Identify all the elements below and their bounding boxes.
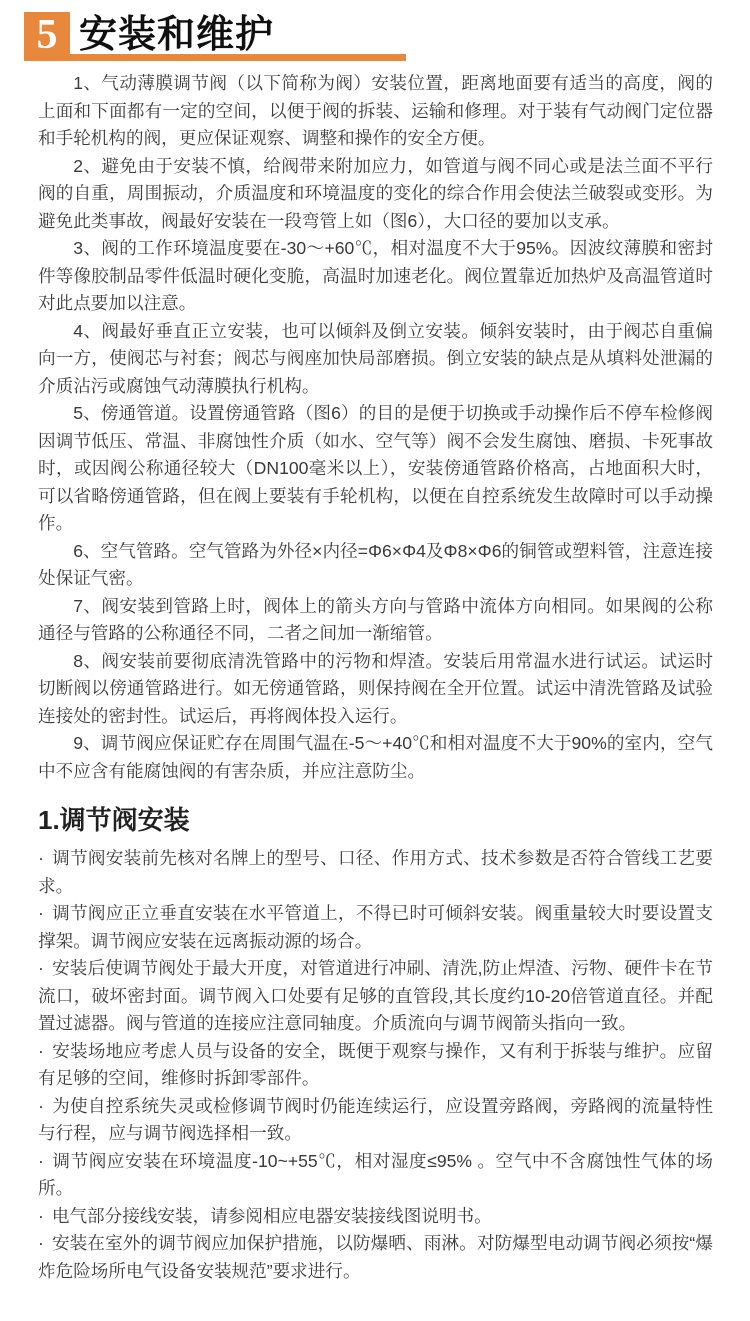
bullet-item: ·安装在室外的调节阀应加保护措施，以防爆晒、雨淋。对防爆型电动调节阀必须按“爆炸… <box>38 1230 713 1285</box>
bullet-item: ·调节阀应正立垂直安装在水平管道上，不得已时可倾斜安装。阀重量较大时要设置支撑架… <box>38 900 713 955</box>
bullet-marker: · <box>38 1148 44 1176</box>
bullet-item-text: 安装后使调节阀处于最大开度，对管道进行冲刷、清洗,防止焊渣、污物、硬件卡在节流口… <box>38 958 713 1033</box>
numbered-paragraph: 7、阀安装到管路上时，阀体上的箭头方向与管路中流体方向相同。如果阀的公称通径与管… <box>38 593 713 648</box>
numbered-paragraph: 2、避免由于安装不慎，给阀带来附加应力，如管道与阀不同心或是法兰面不平行阀的自重… <box>38 153 713 236</box>
bullet-marker: · <box>38 1093 44 1121</box>
bullet-item: ·安装场地应考虑人员与设备的安全，既便于观察与操作，又有利于拆装与维护。应留有足… <box>38 1038 713 1093</box>
chapter-title: 安装和维护 <box>79 12 274 58</box>
chapter-header: 5 安装和维护 <box>0 0 750 61</box>
bullet-item-text: 调节阀应安装在环境温度-10~+55℃，相对湿度≤95% 。空气中不含腐蚀性气体… <box>38 1151 713 1199</box>
bullet-item-text: 电气部分接线安装，请参阅相应电器安装接线图说明书。 <box>52 1206 492 1226</box>
bullet-item-text: 安装场地应考虑人员与设备的安全，既便于观察与操作，又有利于拆装与维护。应留有足够… <box>38 1041 713 1089</box>
bullet-marker: · <box>38 1230 44 1258</box>
bullet-item-text: 调节阀安装前先核对名牌上的型号、口径、作用方式、技术参数是否符合管线工艺要求。 <box>38 848 713 896</box>
chapter-number-badge: 5 <box>24 12 70 60</box>
numbered-paragraph: 9、调节阀应保证贮存在周围气温在-5～+40℃和相对温度不大于90%的室内，空气… <box>38 730 713 785</box>
chapter-header-row: 5 安装和维护 <box>24 12 750 60</box>
document-page: 5 安装和维护 1、气动薄膜调节阀（以下简称为阀）安装位置，距离地面要有适当的高… <box>0 0 750 1321</box>
bullet-marker: · <box>38 900 44 928</box>
subsection-title: 1.调节阀安装 <box>38 805 713 835</box>
bullet-item: ·调节阀安装前先核对名牌上的型号、口径、作用方式、技术参数是否符合管线工艺要求。 <box>38 845 713 900</box>
bullet-item-text: 为使自控系统失灵或检修调节阀时仍能连续运行，应设置旁路阀，旁路阀的流量特性与行程… <box>38 1096 713 1144</box>
numbered-paragraph: 3、阀的工作环境温度要在-30～+60℃，相对温度不大于95%。因波纹薄膜和密封… <box>38 235 713 318</box>
bullet-item: ·电气部分接线安装，请参阅相应电器安装接线图说明书。 <box>38 1203 713 1231</box>
numbered-paragraph: 6、空气管路。空气管路为外径×内径=Φ6×Φ4及Φ8×Φ6的铜管或塑料管，注意连… <box>38 538 713 593</box>
bullet-item: ·安装后使调节阀处于最大开度，对管道进行冲刷、清洗,防止焊渣、污物、硬件卡在节流… <box>38 955 713 1038</box>
bullet-marker: · <box>38 1038 44 1066</box>
bullet-marker: · <box>38 955 44 983</box>
document-body: 1、气动薄膜调节阀（以下简称为阀）安装位置，距离地面要有适当的高度，阀的上面和下… <box>38 70 713 1285</box>
bullet-item-text: 调节阀应正立垂直安装在水平管道上，不得已时可倾斜安装。阀重量较大时要设置支撑架。… <box>38 903 713 951</box>
bullet-marker: · <box>38 845 44 873</box>
bullet-item: ·调节阀应安装在环境温度-10~+55℃，相对湿度≤95% 。空气中不含腐蚀性气… <box>38 1148 713 1203</box>
numbered-paragraph: 5、傍通管道。设置傍通管路（图6）的目的是便于切换或手动操作后不停车检修阀因调节… <box>38 400 713 538</box>
numbered-paragraph: 1、气动薄膜调节阀（以下简称为阀）安装位置，距离地面要有适当的高度，阀的上面和下… <box>38 70 713 153</box>
numbered-paragraph: 8、阀安装前要彻底清洗管路中的污物和焊渣。安装后用常温水进行试运。试运时切断阀以… <box>38 648 713 731</box>
bullet-marker: · <box>38 1203 44 1231</box>
numbered-paragraph: 4、阀最好垂直正立安装，也可以倾斜及倒立安装。倾斜安装时，由于阀芯自重偏向一方，… <box>38 318 713 401</box>
bullet-item: ·为使自控系统失灵或检修调节阀时仍能连续运行，应设置旁路阀，旁路阀的流量特性与行… <box>38 1093 713 1148</box>
bullet-item-text: 安装在室外的调节阀应加保护措施，以防爆晒、雨淋。对防爆型电动调节阀必须按“爆炸危… <box>38 1233 713 1281</box>
